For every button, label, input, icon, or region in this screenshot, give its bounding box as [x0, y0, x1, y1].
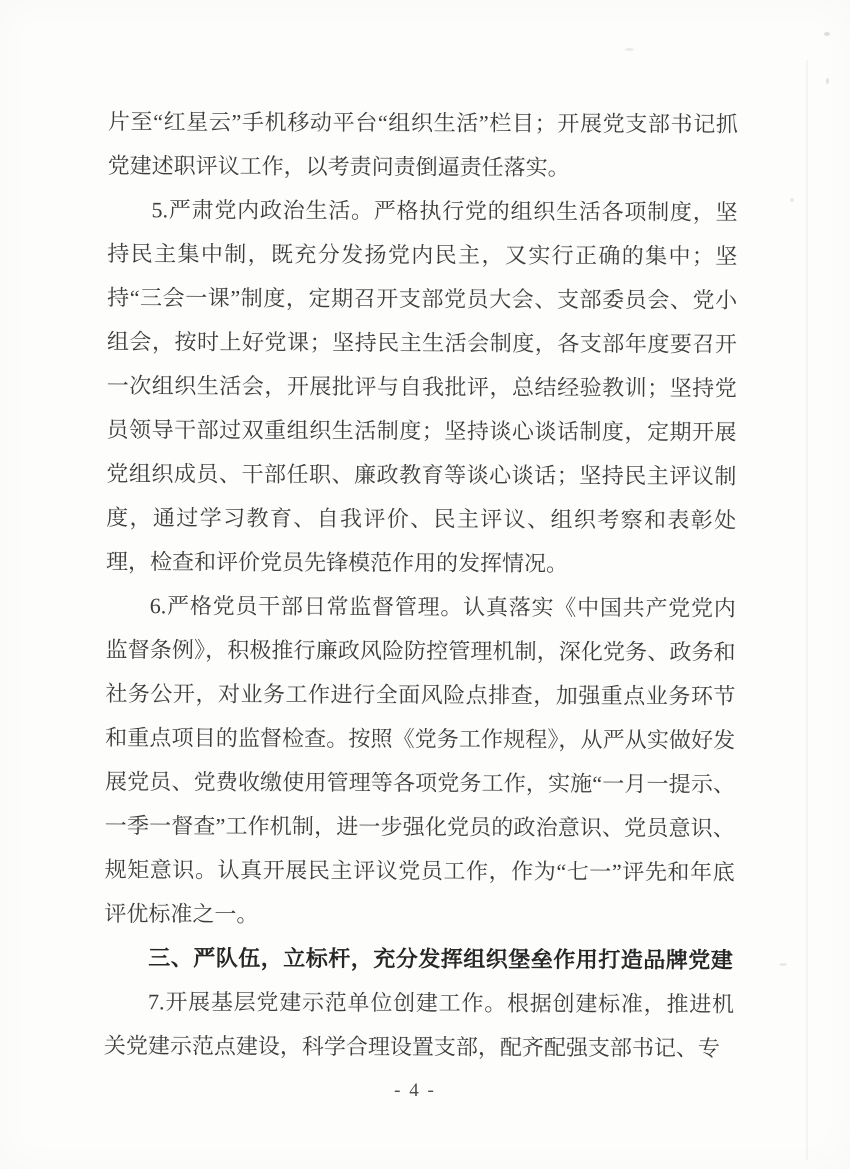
scan-artifact: [824, 32, 830, 36]
scan-artifact: [779, 963, 787, 966]
paragraph-item-6: 6.严格党员干部日常监督管理。认真落实《中国共产党党内监督条例》，积极推行廉政风…: [104, 584, 736, 939]
document-text-block: 片至“红星云”手机移动平台“组织生活”栏目；开展党支部书记抓党建述职评议工作，以…: [104, 100, 738, 1071]
scan-artifact: [790, 198, 794, 202]
page-number: - 4 -: [0, 1080, 840, 1102]
scan-artifact: [826, 78, 829, 84]
section-heading: 三、严队伍，立标杆，充分发挥组织堡垒作用打造品牌党建: [104, 936, 734, 983]
paragraph-continuation: 片至“红星云”手机移动平台“组织生活”栏目；开展党支部书记抓党建述职评议工作，以…: [108, 100, 738, 191]
paragraph-item-5: 5.严肃党内政治生活。严格执行党的组织生活各项制度，坚持民主集中制，既充分发扬党…: [106, 188, 738, 587]
scan-artifact: [625, 48, 634, 51]
scan-edge-line: [806, 60, 808, 1160]
scanned-document-page: 片至“红星云”手机移动平台“组织生活”栏目；开展党支部书记抓党建述职评议工作，以…: [0, 0, 850, 1169]
paragraph-item-7: 7.开展基层党建示范单位创建工作。根据创建标准，推进机关党建示范点建设，科学合理…: [104, 980, 734, 1071]
